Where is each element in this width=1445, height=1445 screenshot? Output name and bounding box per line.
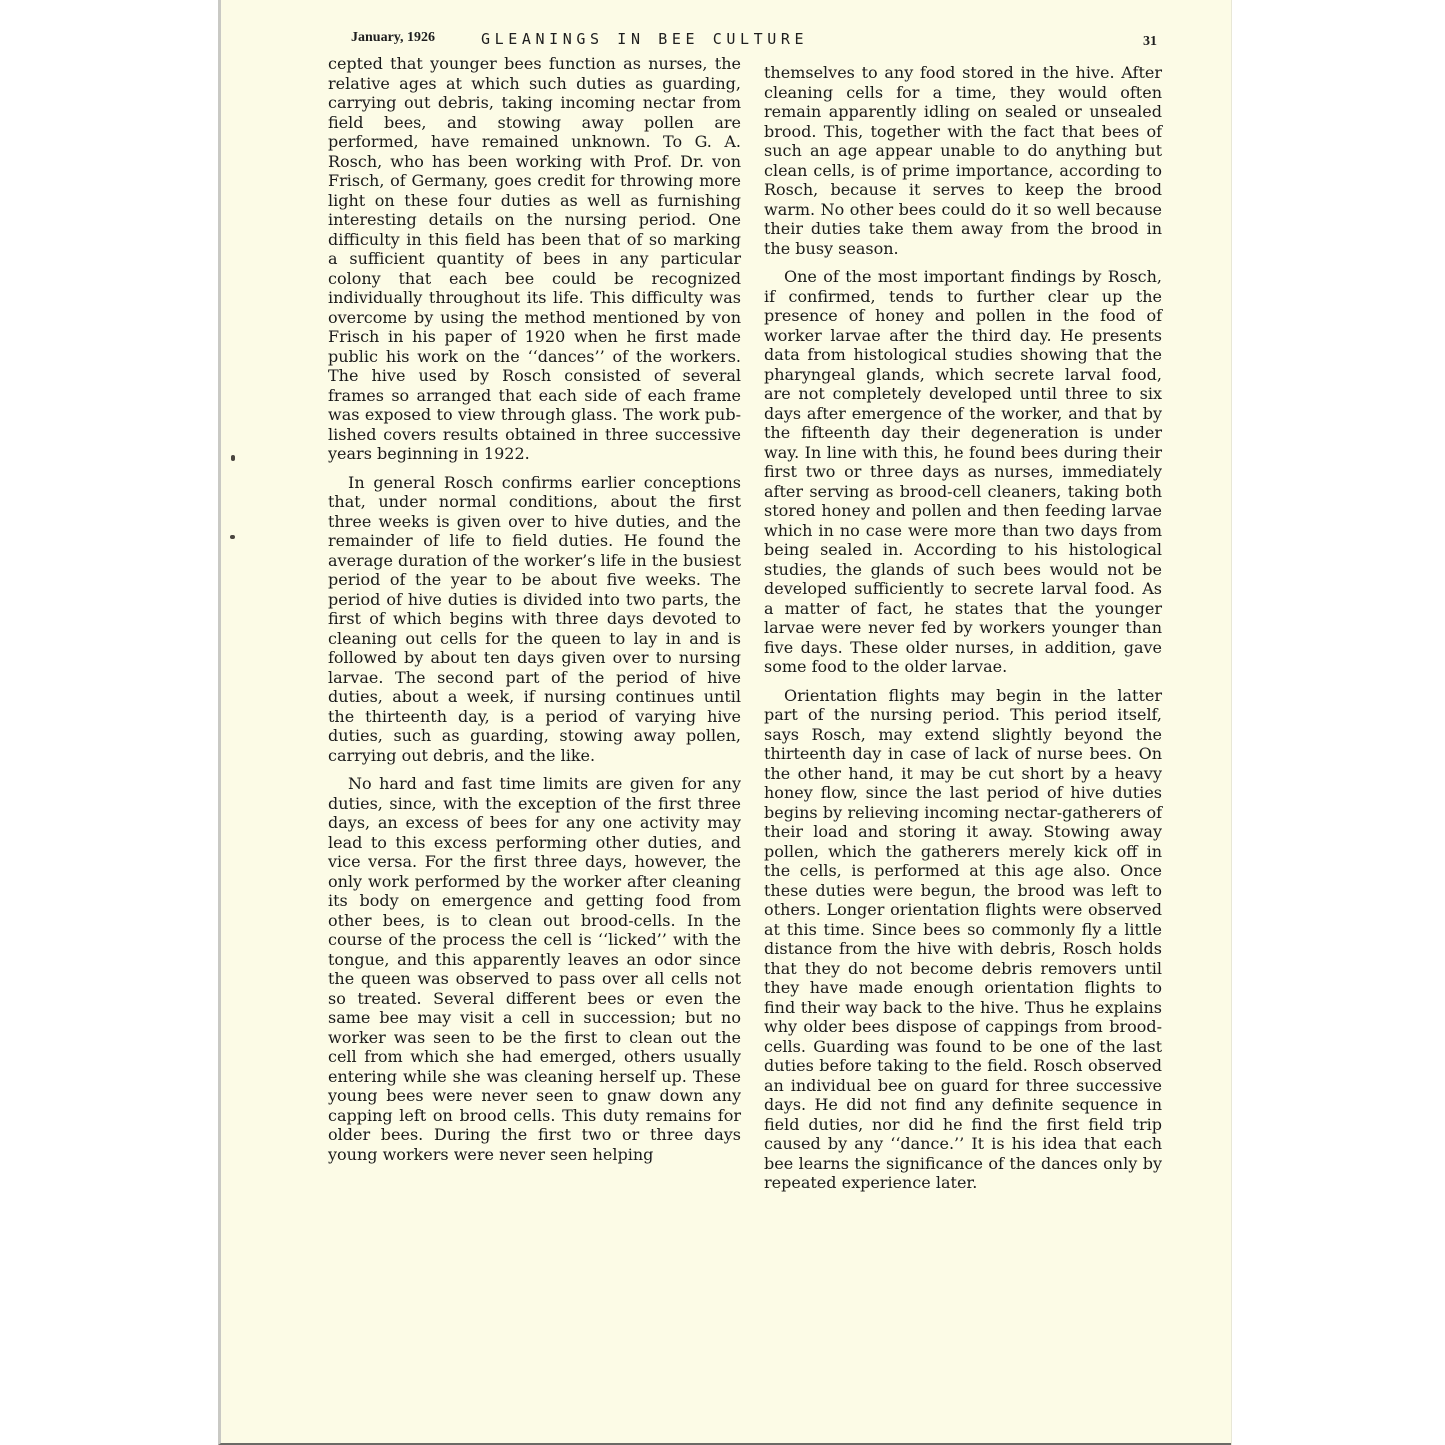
page-number: 31 <box>1143 34 1157 50</box>
paragraph: cepted that younger bees function as nur… <box>328 54 741 464</box>
issue-date: January, 1926 <box>351 30 435 46</box>
paragraph: themselves to any food stored in the hiv… <box>764 63 1162 258</box>
paragraph: In general Rosch confirms earlier con­ce… <box>328 473 741 766</box>
paragraph: No hard and fast time limits are given f… <box>328 774 741 1164</box>
scan-speck <box>230 535 235 539</box>
publication-title: GLEANINGS IN BEE CULTURE <box>481 30 808 48</box>
right-column: themselves to any food stored in the hiv… <box>764 63 1162 1202</box>
paragraph: One of the most important findings by Ro… <box>764 267 1162 677</box>
magazine-page: January, 1926 GLEANINGS IN BEE CULTURE 3… <box>218 0 1231 1445</box>
paragraph: Orientation flights may begin in the lat… <box>764 686 1162 1193</box>
running-header: January, 1926 GLEANINGS IN BEE CULTURE 3… <box>221 30 1231 54</box>
scan-speck <box>231 455 235 461</box>
left-column: cepted that younger bees function as nur… <box>328 54 741 1173</box>
